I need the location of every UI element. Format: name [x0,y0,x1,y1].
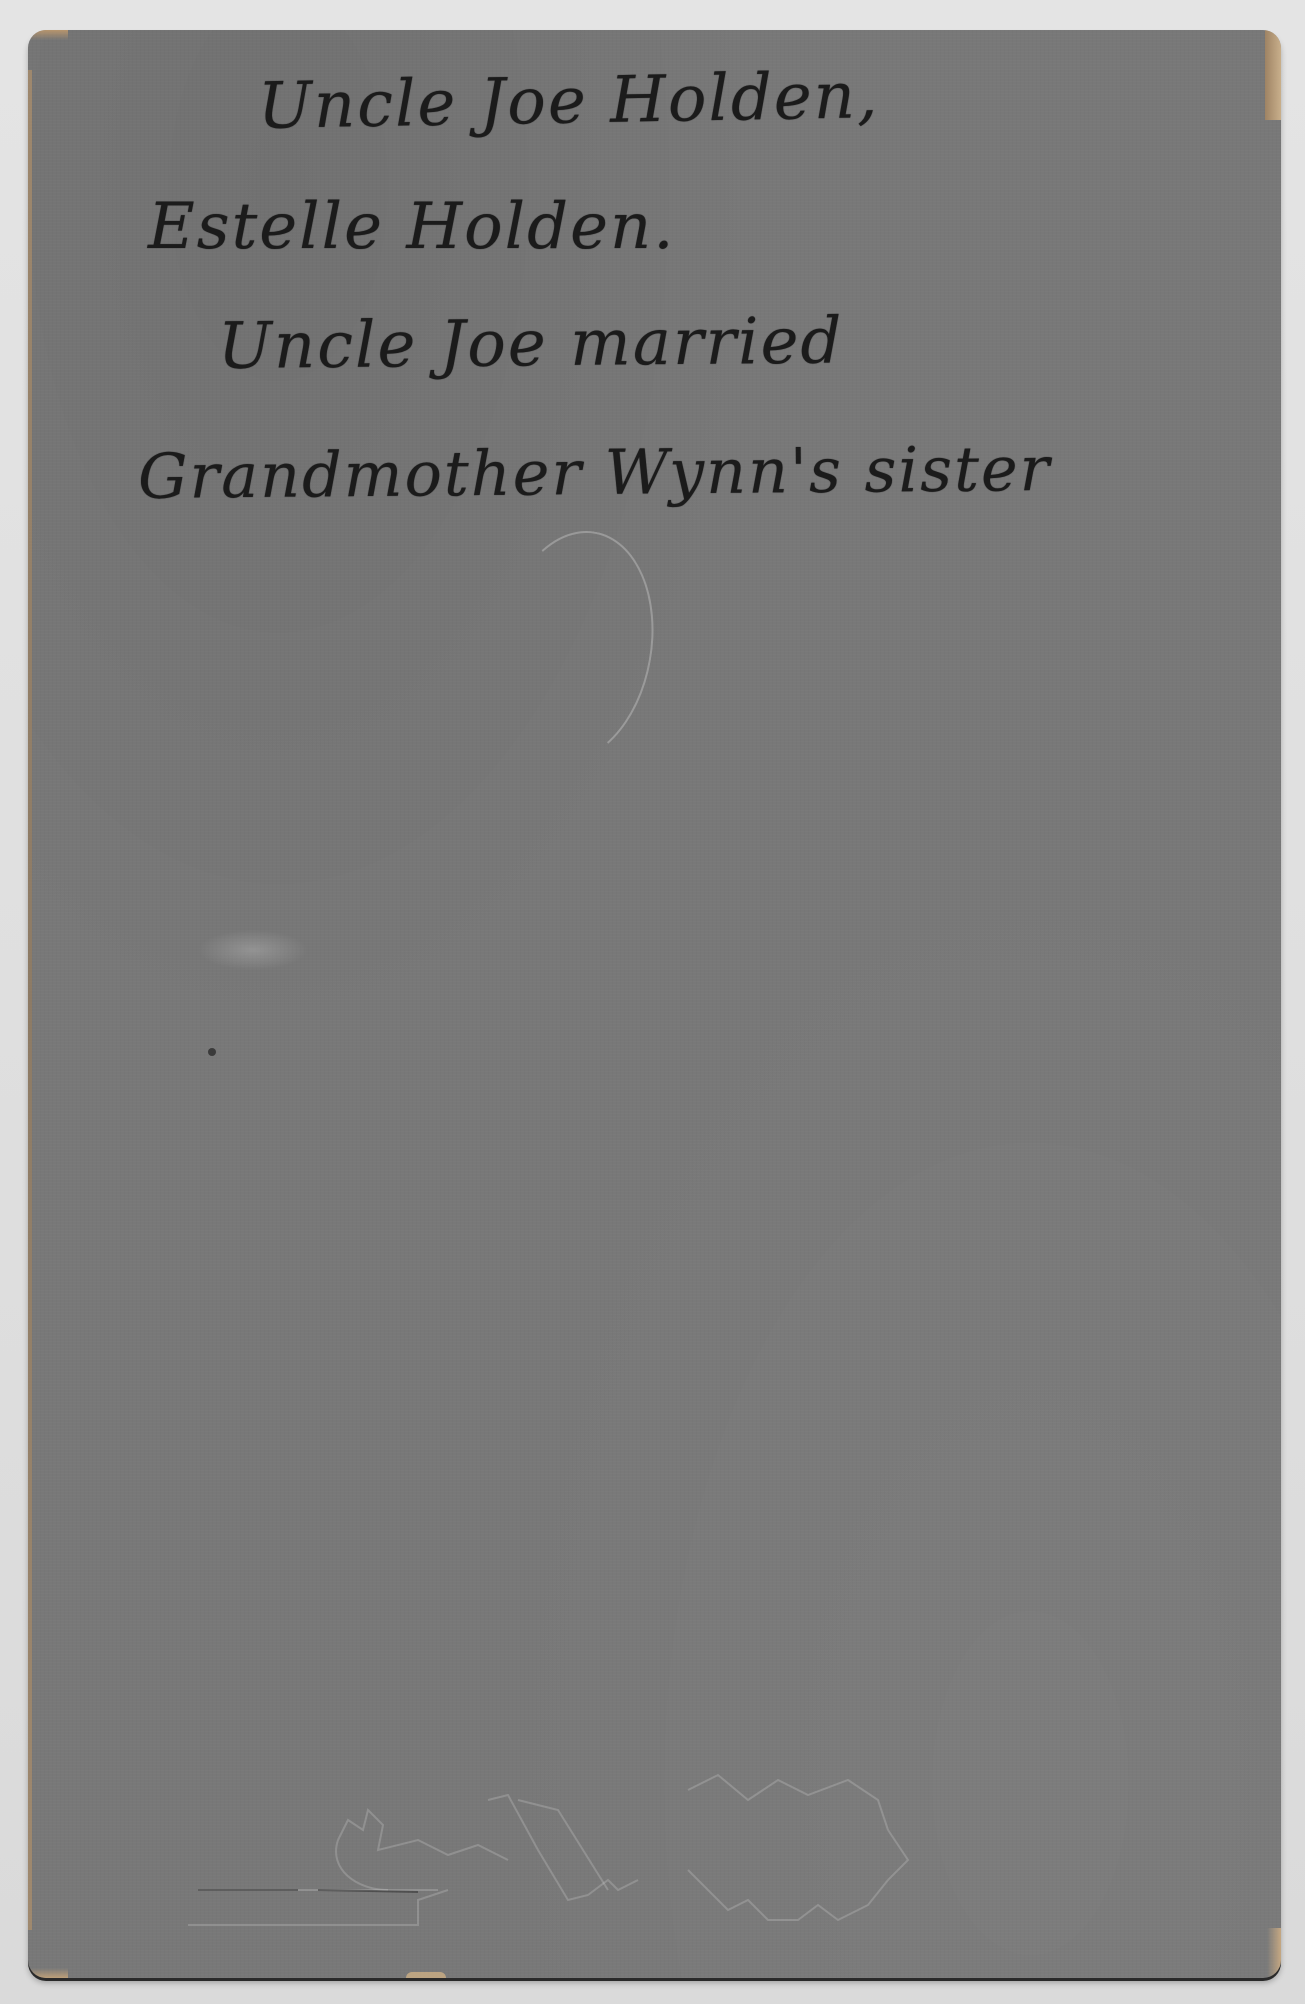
scuff-mark-arc [479,518,671,775]
scuff-mark-left [198,930,308,970]
edge-chip-bottom [406,1972,446,1978]
corner-wear-bottom-left [28,1968,68,1978]
note-line-3: Uncle Joe married [218,305,844,384]
edge-wear-left [28,70,32,1930]
photo-card-back: Uncle Joe Holden, Estelle Holden. Uncle … [28,30,1281,1978]
corner-wear-top-right [1265,30,1281,120]
note-line-4: Grandmother Wynn's sister [138,432,1052,513]
note-line-1: Uncle Joe Holden, [257,59,880,144]
corner-wear-top-left [28,30,68,40]
note-line-2: Estelle Holden. [148,190,676,264]
emblem-outline-icon [188,1740,1148,1970]
corner-wear-bottom-right [1267,1928,1281,1978]
ink-spot [208,1048,216,1056]
embossed-emblem [188,1740,1148,1970]
